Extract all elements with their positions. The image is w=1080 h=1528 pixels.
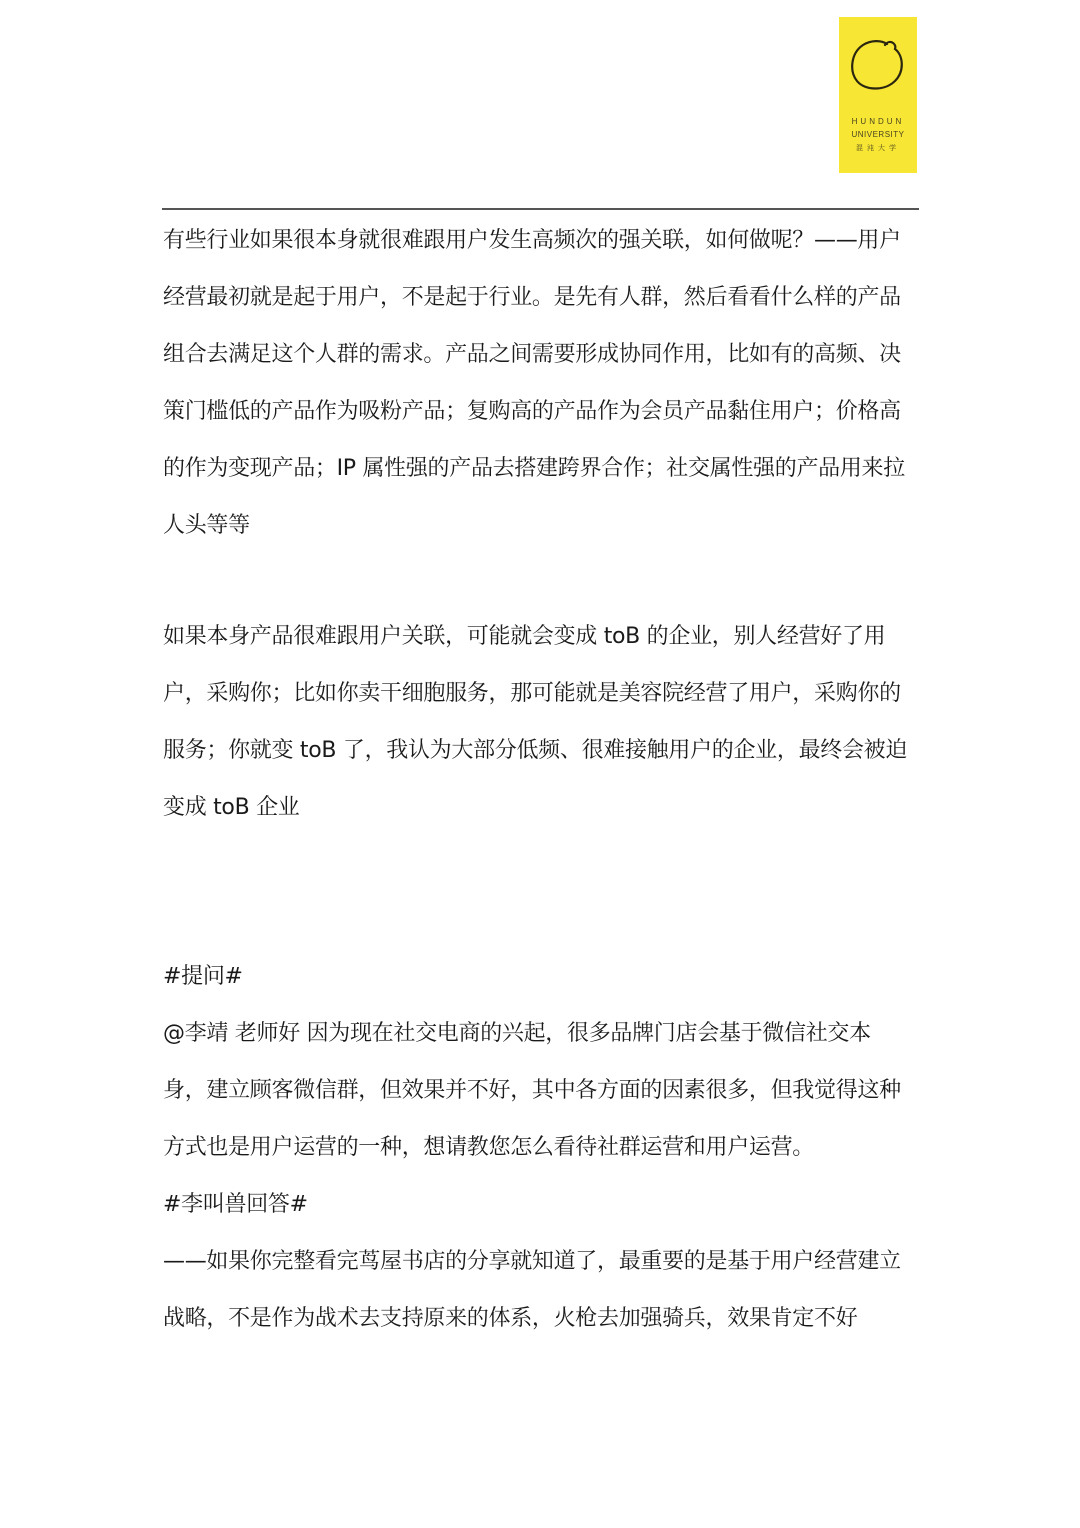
paragraph-1: 有些行业如果很本身就很难跟用户发生高频次的强关联，如何做呢？——用户 经营最初就… [163,212,923,554]
text-line: 户，采购你；比如你卖干细胞服务，那可能就是美容院经营了用户，采购你的 [163,665,923,722]
text-line: 经营最初就是起于用户，不是起于行业。是先有人群，然后看看什么样的产品 [163,269,923,326]
question-text: @李靖 老师好 因为现在社交电商的兴起，很多品牌门店会基于微信社交本 [163,1005,923,1062]
answer-text: 战略，不是作为战术去支持原来的体系，火枪去加强骑兵，效果肯定不好 [163,1290,923,1347]
qa-section: #提问# @李靖 老师好 因为现在社交电商的兴起，很多品牌门店会基于微信社交本 … [163,948,923,1347]
logo-text-hundun: HUNDUN [839,117,917,126]
text-line: 如果本身产品很难跟用户关联，可能就会变成 toB 的企业，别人经营好了用 [163,608,923,665]
question-text: 方式也是用户运营的一种，想请教您怎么看待社群运营和用户运营。 [163,1119,923,1176]
hundun-university-logo: HUNDUN UNIVERSITY 混沌大学 [839,17,917,173]
text-line: 人头等等 [163,497,923,554]
horizontal-divider [162,208,919,210]
text-line: 组合去满足这个人群的需求。产品之间需要形成协同作用，比如有的高频、决 [163,326,923,383]
text-line: 服务；你就变 toB 了，我认为大部分低频、很难接触用户的企业，最终会被迫 [163,722,923,779]
logo-text-chinese: 混沌大学 [839,143,917,153]
text-line: 策门槛低的产品作为吸粉产品；复购高的产品作为会员产品黏住用户；价格高 [163,383,923,440]
answer-text: ——如果你完整看完茑屋书店的分享就知道了，最重要的是基于用户经营建立 [163,1233,923,1290]
question-text: 身，建立顾客微信群，但效果并不好，其中各方面的因素很多，但我觉得这种 [163,1062,923,1119]
paragraph-2: 如果本身产品很难跟用户关联，可能就会变成 toB 的企业，别人经营好了用 户，采… [163,608,923,836]
text-line: 的作为变现产品；IP 属性强的产品去搭建跨界合作；社交属性强的产品用来拉 [163,440,923,497]
logo-text-university: UNIVERSITY [839,130,917,139]
question-heading: #提问# [163,948,923,1005]
circle-brush-icon [845,25,911,105]
text-line: 有些行业如果很本身就很难跟用户发生高频次的强关联，如何做呢？——用户 [163,212,923,269]
text-line: 变成 toB 企业 [163,779,923,836]
answer-heading: #李叫兽回答# [163,1176,923,1233]
